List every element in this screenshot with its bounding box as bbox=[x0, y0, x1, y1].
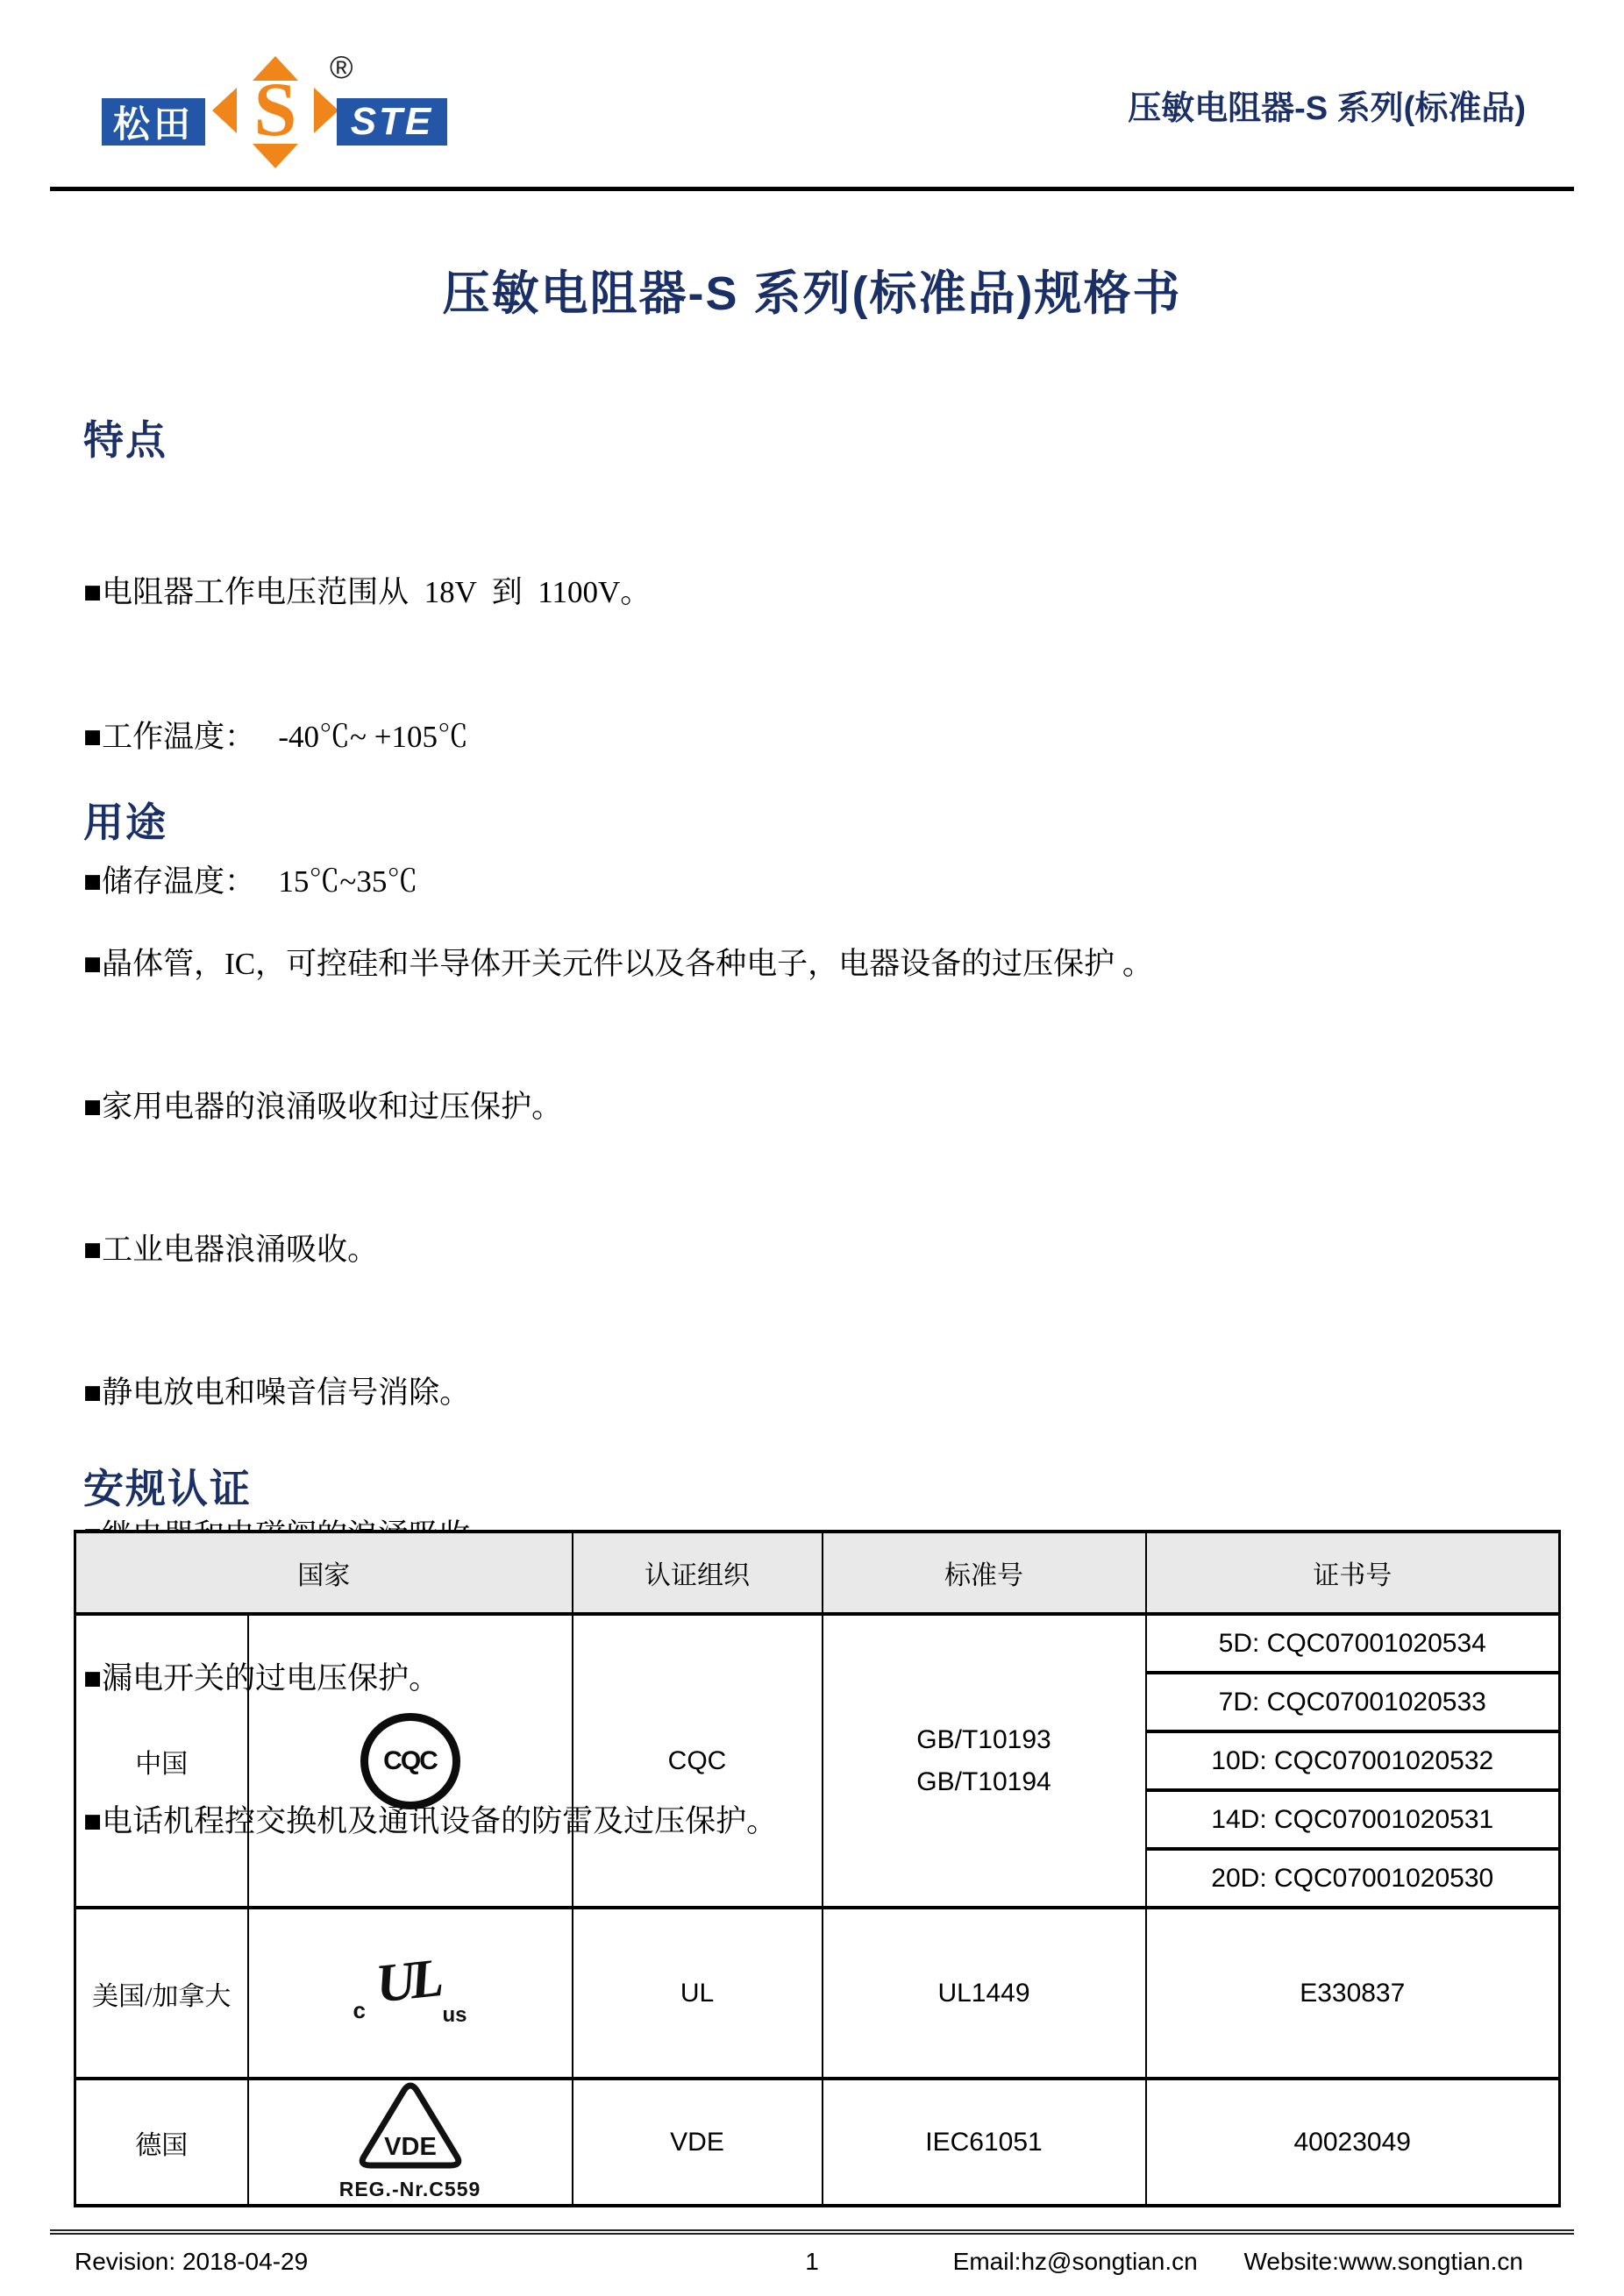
datasheet-page: 松田 S ® STE 压敏电阻器-S 系列(标准品) 压敏电阻器-S 系列(标准… bbox=[0, 0, 1624, 2296]
table-row: 中国 CQC CQC GB/T10193 GB/T10194 5D: CQC07… bbox=[75, 1614, 1560, 1673]
certificate-cell: 5D: CQC07001020534 bbox=[1146, 1614, 1560, 1673]
certification-heading: 安规认证 bbox=[83, 1457, 252, 1515]
list-item: ■电阻器工作电压范围从 18V 到 1100V。 bbox=[83, 575, 651, 610]
features-heading: 特点 bbox=[83, 409, 167, 466]
applications-heading: 用途 bbox=[83, 791, 167, 849]
certificate-cell: 14D: CQC07001020531 bbox=[1146, 1790, 1560, 1849]
column-header-certno: 证书号 bbox=[1146, 1532, 1560, 1614]
certificate-cell: E330837 bbox=[1146, 1908, 1560, 2079]
standard-line: GB/T10194 bbox=[823, 1767, 1145, 1797]
vde-triangle-icon: VDE bbox=[358, 2081, 463, 2169]
logo-cell: CQC bbox=[248, 1614, 573, 1908]
series-title: 压敏电阻器-S 系列(标准品) bbox=[1128, 81, 1526, 129]
logo-s-emblem-icon: S bbox=[226, 58, 324, 163]
registered-icon: ® bbox=[330, 49, 353, 86]
logo-cell: c UL us bbox=[248, 1908, 573, 2079]
website-label: Website:www.songtian.cn bbox=[1243, 2248, 1523, 2275]
standard-cell: GB/T10193 GB/T10194 bbox=[823, 1614, 1146, 1908]
list-item: ■家用电器的浪涌吸收和过压保护。 bbox=[83, 1090, 1153, 1125]
footer-contact: Email:hz@songtian.cn Website:www.songtia… bbox=[953, 2248, 1523, 2276]
standard-cell: UL1449 bbox=[823, 1908, 1146, 2079]
standard-line: GB/T10193 bbox=[823, 1725, 1145, 1755]
certificate-cell: 20D: CQC07001020530 bbox=[1146, 1849, 1560, 1908]
ul-logo-c: c bbox=[353, 1997, 366, 2024]
logo-cn-box: 松田 bbox=[102, 98, 205, 146]
column-header-org: 认证组织 bbox=[573, 1532, 823, 1614]
logo-en-box: STE bbox=[337, 98, 447, 146]
table-header-row: 国家 认证组织 标准号 证书号 bbox=[75, 1532, 1560, 1614]
footer-rule bbox=[50, 2229, 1574, 2235]
table-row: 德国 VDE REG.-Nr.C559 VDE IEC61051 4002304… bbox=[75, 2079, 1560, 2206]
column-header-country: 国家 bbox=[75, 1532, 573, 1614]
list-item: ■静电放电和噪音信号消除。 bbox=[83, 1375, 1153, 1411]
header-rule bbox=[50, 187, 1574, 191]
ul-logo-main: UL bbox=[373, 1947, 441, 2015]
list-item: ■晶体管，IC，可控硅和半导体开关元件以及各种电子，电器设备的过压保护 。 bbox=[83, 947, 1153, 982]
org-cell: VDE bbox=[573, 2079, 823, 2206]
vde-logo-icon: VDE REG.-Nr.C559 bbox=[339, 2081, 481, 2201]
org-cell: CQC bbox=[573, 1614, 823, 1908]
certificate-cell: 7D: CQC07001020533 bbox=[1146, 1673, 1560, 1731]
certification-table: 国家 认证组织 标准号 证书号 中国 CQC CQC GB/T10193 GB/… bbox=[74, 1530, 1561, 2207]
page-title: 压敏电阻器-S 系列(标准品)规格书 bbox=[0, 256, 1624, 323]
songtian-logo: 松田 S ® STE bbox=[102, 42, 470, 165]
cqc-logo-icon: CQC bbox=[360, 1713, 460, 1809]
svg-text:VDE: VDE bbox=[384, 2133, 437, 2161]
list-item: ■工作温度： -40℃~ +105℃ bbox=[83, 720, 651, 755]
country-cell: 中国 bbox=[75, 1614, 248, 1908]
certificate-cell: 40023049 bbox=[1146, 2079, 1560, 2206]
country-cell: 美国/加拿大 bbox=[75, 1908, 248, 2079]
country-cell: 德国 bbox=[75, 2079, 248, 2206]
certificate-cell: 10D: CQC07001020532 bbox=[1146, 1731, 1560, 1790]
standard-cell: IEC61051 bbox=[823, 2079, 1146, 2206]
email-label: Email:hz@songtian.cn bbox=[953, 2248, 1198, 2275]
logo-cell: VDE REG.-Nr.C559 bbox=[248, 2079, 573, 2206]
vde-reg-number: REG.-Nr.C559 bbox=[339, 2178, 481, 2201]
list-item: ■工业电器浪涌吸收。 bbox=[83, 1233, 1153, 1268]
org-cell: UL bbox=[573, 1908, 823, 2079]
column-header-standard: 标准号 bbox=[823, 1532, 1146, 1614]
table-row: 美国/加拿大 c UL us UL UL1449 E330837 bbox=[75, 1908, 1560, 2079]
ul-logo-icon: c UL us bbox=[353, 1951, 467, 2029]
logo-s-letter: S bbox=[226, 58, 324, 163]
ul-logo-us: us bbox=[442, 2003, 467, 2028]
